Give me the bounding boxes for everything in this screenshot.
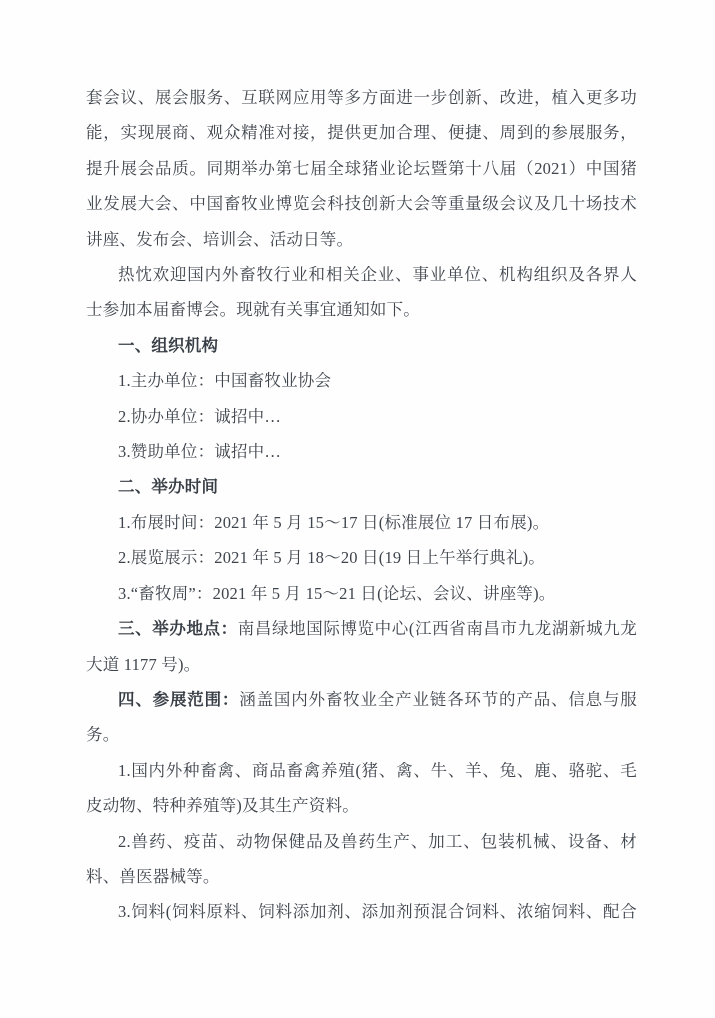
text-line: 套会议、展会服务、互联网应用等多方面进一步创新、改进，植入更多功 (86, 80, 637, 115)
heading-text: 二、举办时间 (118, 477, 218, 496)
document-body: 套会议、展会服务、互联网应用等多方面进一步创新、改进，植入更多功能，实现展商、观… (86, 80, 637, 930)
text-line: 士参加本届畜博会。现就有关事宜通知如下。 (86, 292, 637, 327)
heading-text: 三、举办地点： (118, 619, 238, 638)
line-text: 涵盖国内外畜牧业全产业链各环节的产品、信息与服 (239, 690, 637, 709)
text-line: 1.主办单位：中国畜牧业协会 (86, 363, 637, 398)
text-line: 料、兽医器械等。 (86, 859, 637, 894)
heading-text: 四、参展范围： (118, 690, 239, 709)
line-text: 务。 (86, 725, 119, 744)
heading-text: 一、组织机构 (118, 336, 218, 355)
line-text: 2.展览展示：2021 年 5 月 18～20 日(19 日上午举行典礼)。 (118, 548, 545, 567)
line-text: 讲座、发布会、培训会、活动日等。 (86, 230, 353, 249)
text-line: 3.赞助单位：诚招中… (86, 434, 637, 469)
text-line: 1.国内外种畜禽、商品畜禽养殖(猪、禽、牛、羊、兔、鹿、骆驼、毛 (86, 753, 637, 788)
text-line: 讲座、发布会、培训会、活动日等。 (86, 222, 637, 257)
text-line: 2.展览展示：2021 年 5 月 18～20 日(19 日上午举行典礼)。 (86, 540, 637, 575)
text-line: 业发展大会、中国畜牧业博览会科技创新大会等重量级会议及几十场技术 (86, 186, 637, 221)
line-text: 1.主办单位：中国畜牧业协会 (118, 371, 331, 390)
line-text: 皮动物、特种养殖等)及其生产资料。 (86, 796, 359, 815)
text-line: 皮动物、特种养殖等)及其生产资料。 (86, 788, 637, 823)
line-text: 1.布展时间：2021 年 5 月 15～17 日(标准展位 17 日布展)。 (118, 513, 549, 532)
line-text: 南昌绿地国际博览中心(江西省南昌市九龙湖新城九龙 (238, 619, 637, 638)
text-line: 1.布展时间：2021 年 5 月 15～17 日(标准展位 17 日布展)。 (86, 505, 637, 540)
text-line: 三、举办地点：南昌绿地国际博览中心(江西省南昌市九龙湖新城九龙 (86, 611, 637, 646)
line-text: 3.“畜牧周”：2021 年 5 月 15～21 日(论坛、会议、讲座等)。 (118, 584, 556, 603)
section-heading: 二、举办时间 (86, 469, 637, 504)
line-text: 大道 1177 号)。 (86, 655, 200, 674)
text-line: 能，实现展商、观众精准对接，提供更加合理、便捷、周到的参展服务， (86, 115, 637, 150)
line-text: 1.国内外种畜禽、商品畜禽养殖(猪、禽、牛、羊、兔、鹿、骆驼、毛 (118, 761, 637, 780)
line-text: 士参加本届畜博会。现就有关事宜通知如下。 (86, 300, 420, 319)
text-line: 务。 (86, 717, 637, 752)
line-text: 提升展会品质。同期举办第七届全球猪业论坛暨第十八届（2021）中国猪 (86, 159, 637, 178)
section-heading: 一、组织机构 (86, 328, 637, 363)
text-line: 3.饲料(饲料原料、饲料添加剂、添加剂预混合饲料、浓缩饲料、配合 (86, 894, 637, 929)
line-text: 3.饲料(饲料原料、饲料添加剂、添加剂预混合饲料、浓缩饲料、配合 (118, 902, 637, 921)
text-line: 提升展会品质。同期举办第七届全球猪业论坛暨第十八届（2021）中国猪 (86, 151, 637, 186)
text-line: 大道 1177 号)。 (86, 647, 637, 682)
line-text: 料、兽医器械等。 (86, 867, 220, 886)
line-text: 热忱欢迎国内外畜牧行业和相关企业、事业单位、机构组织及各界人 (118, 265, 637, 284)
text-line: 2.协办单位：诚招中… (86, 399, 637, 434)
line-text: 3.赞助单位：诚招中… (118, 442, 281, 461)
line-text: 2.协办单位：诚招中… (118, 407, 281, 426)
text-line: 热忱欢迎国内外畜牧行业和相关企业、事业单位、机构组织及各界人 (86, 257, 637, 292)
line-text: 能，实现展商、观众精准对接，提供更加合理、便捷、周到的参展服务， (86, 123, 637, 142)
text-line: 3.“畜牧周”：2021 年 5 月 15～21 日(论坛、会议、讲座等)。 (86, 576, 637, 611)
text-line: 四、参展范围：涵盖国内外畜牧业全产业链各环节的产品、信息与服 (86, 682, 637, 717)
document-page: 套会议、展会服务、互联网应用等多方面进一步创新、改进，植入更多功能，实现展商、观… (0, 0, 715, 1018)
text-line: 2.兽药、疫苗、动物保健品及兽药生产、加工、包装机械、设备、材 (86, 824, 637, 859)
line-text: 业发展大会、中国畜牧业博览会科技创新大会等重量级会议及几十场技术 (86, 194, 637, 213)
line-text: 2.兽药、疫苗、动物保健品及兽药生产、加工、包装机械、设备、材 (118, 832, 637, 851)
line-text: 套会议、展会服务、互联网应用等多方面进一步创新、改进，植入更多功 (86, 88, 637, 107)
